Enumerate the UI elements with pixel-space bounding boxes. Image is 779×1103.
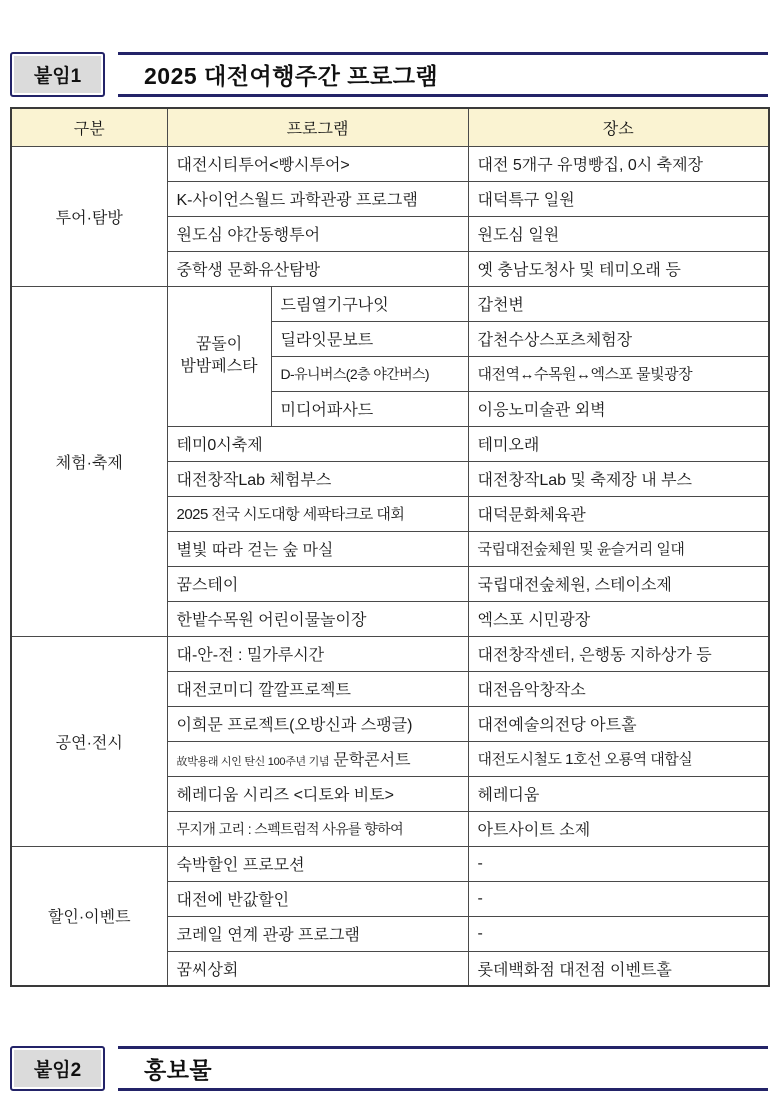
program-cell: 대전코미디 깔깔프로젝트 xyxy=(167,671,468,706)
table-header-row: 구분 프로그램 장소 xyxy=(11,108,769,146)
program-cell: 코레일 연계 관광 프로그램 xyxy=(167,916,468,951)
category-cell: 공연·전시 xyxy=(11,636,167,846)
place-cell: 국립대전숲체원, 스테이소제 xyxy=(468,566,769,601)
program-cell: 대-안-전 : 밀가루시간 xyxy=(167,636,468,671)
place-cell: 테미오래 xyxy=(468,426,769,461)
attachment2-title: 홍보물 xyxy=(144,1052,212,1085)
attachment2-label-box: 붙임2 xyxy=(10,1046,105,1091)
attachment1-title-band: 2025 대전여행주간 프로그램 xyxy=(118,52,768,97)
attachment2-title-band: 홍보물 xyxy=(118,1046,768,1091)
header-program: 프로그램 xyxy=(167,108,468,146)
table-row: 투어·탐방 대전시티투어<빵시투어> 대전 5개구 유명빵집, 0시 축제장 xyxy=(11,146,769,181)
place-cell: 갑천변 xyxy=(468,286,769,321)
program-cell: 미디어파사드 xyxy=(271,391,468,426)
table-row: 체험·축제 꿈돌이 밤밤페스타 드림열기구나잇 갑천변 xyxy=(11,286,769,321)
program-cell: 테미0시축제 xyxy=(167,426,468,461)
place-cell: 국립대전숲체원 및 윤슬거리 일대 xyxy=(468,531,769,566)
place-cell: 이응노미술관 외벽 xyxy=(468,391,769,426)
table-row: 할인·이벤트 숙박할인 프로모션 - xyxy=(11,846,769,881)
place-cell: 대전 5개구 유명빵집, 0시 축제장 xyxy=(468,146,769,181)
attachment1-label: 붙임1 xyxy=(34,61,81,88)
place-cell: - xyxy=(468,846,769,881)
program-table: 구분 프로그램 장소 투어·탐방 대전시티투어<빵시투어> 대전 5개구 유명빵… xyxy=(10,107,770,987)
category-cell: 할인·이벤트 xyxy=(11,846,167,986)
place-cell: 대덕특구 일원 xyxy=(468,181,769,216)
program-cell: 이희문 프로젝트(오방신과 스팽글) xyxy=(167,706,468,741)
place-cell: 대덕문화체육관 xyxy=(468,496,769,531)
place-cell: 갑천수상스포츠체험장 xyxy=(468,321,769,356)
program-cell: 대전시티투어<빵시투어> xyxy=(167,146,468,181)
subgroup-label-line1: 꿈돌이 xyxy=(168,334,271,356)
program-cell: D-유니버스(2층 야간버스) xyxy=(271,356,468,391)
program-main: 문학콘서트 xyxy=(333,752,410,769)
place-cell: 원도심 일원 xyxy=(468,216,769,251)
program-cell: 무지개 고리 : 스펙트럼적 사유를 향하여 xyxy=(167,811,468,846)
place-cell: 대전역↔수목원↔엑스포 물빛광장 xyxy=(468,356,769,391)
document-page: 붙임1 2025 대전여행주간 프로그램 구분 프로그램 장소 투어·탐방 대전… xyxy=(0,0,779,1103)
program-cell: 딜라잇문보트 xyxy=(271,321,468,356)
place-cell: 대전창작센터, 은행동 지하상가 등 xyxy=(468,636,769,671)
place-cell: 옛 충남도청사 및 테미오래 등 xyxy=(468,251,769,286)
place-cell: 롯데백화점 대전점 이벤트홀 xyxy=(468,951,769,986)
attachment2-header: 붙임2 홍보물 xyxy=(10,1046,768,1091)
program-cell: 드림열기구나잇 xyxy=(271,286,468,321)
place-cell: - xyxy=(468,881,769,916)
program-cell: 별빛 따라 걷는 숲 마실 xyxy=(167,531,468,566)
header-place: 장소 xyxy=(468,108,769,146)
subgroup-cell: 꿈돌이 밤밤페스타 xyxy=(167,286,271,426)
category-cell: 투어·탐방 xyxy=(11,146,167,286)
place-cell: - xyxy=(468,916,769,951)
header-category: 구분 xyxy=(11,108,167,146)
attachment1-label-box: 붙임1 xyxy=(10,52,105,97)
table-row: 공연·전시 대-안-전 : 밀가루시간 대전창작센터, 은행동 지하상가 등 xyxy=(11,636,769,671)
place-cell: 대전창작Lab 및 축제장 내 부스 xyxy=(468,461,769,496)
program-cell: 한밭수목원 어린이물놀이장 xyxy=(167,601,468,636)
place-cell: 대전음악창작소 xyxy=(468,671,769,706)
attachment1-title: 2025 대전여행주간 프로그램 xyxy=(144,58,438,91)
attachment1-header: 붙임1 2025 대전여행주간 프로그램 xyxy=(10,52,768,97)
place-cell: 엑스포 시민광장 xyxy=(468,601,769,636)
program-cell: 원도심 야간동행투어 xyxy=(167,216,468,251)
category-cell: 체험·축제 xyxy=(11,286,167,636)
program-cell: 꿈씨상회 xyxy=(167,951,468,986)
place-cell: 헤레디움 xyxy=(468,776,769,811)
program-cell: 헤레디움 시리즈 <디토와 비토> xyxy=(167,776,468,811)
subgroup-label-line2: 밤밤페스타 xyxy=(168,356,271,378)
program-cell: 숙박할인 프로모션 xyxy=(167,846,468,881)
place-cell: 아트사이트 소제 xyxy=(468,811,769,846)
program-cell: 중학생 문화유산탐방 xyxy=(167,251,468,286)
attachment2-label: 붙임2 xyxy=(34,1055,81,1082)
program-cell: 故박용래 시인 탄신 100주년 기념문학콘서트 xyxy=(167,741,468,776)
program-cell: 대전에 반값할인 xyxy=(167,881,468,916)
place-cell: 대전도시철도 1호선 오룡역 대합실 xyxy=(468,741,769,776)
place-cell: 대전예술의전당 아트홀 xyxy=(468,706,769,741)
program-prefix: 故박용래 시인 탄신 100주년 기념 xyxy=(177,756,330,768)
program-cell: 2025 전국 시도대항 세팍타크로 대회 xyxy=(167,496,468,531)
program-cell: 대전창작Lab 체험부스 xyxy=(167,461,468,496)
program-cell: K-사이언스월드 과학관광 프로그램 xyxy=(167,181,468,216)
program-cell: 꿈스테이 xyxy=(167,566,468,601)
